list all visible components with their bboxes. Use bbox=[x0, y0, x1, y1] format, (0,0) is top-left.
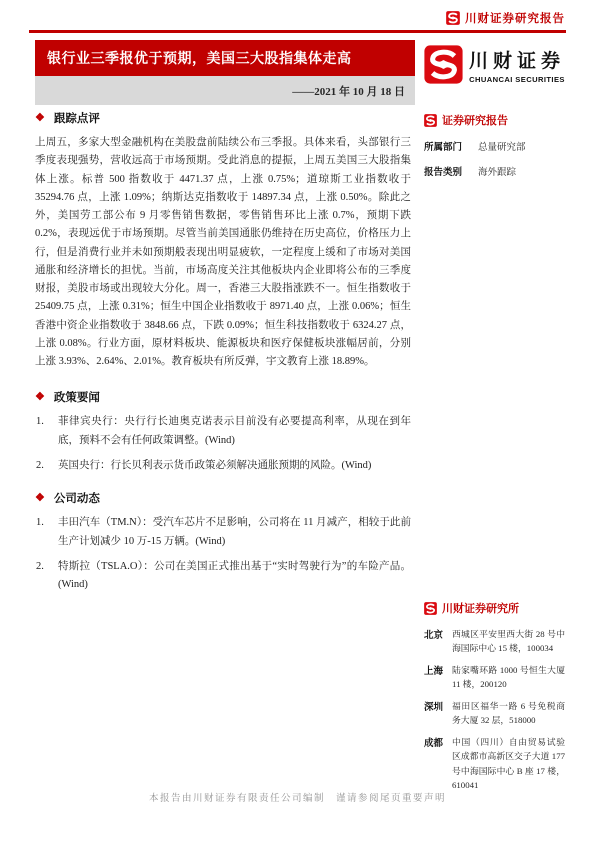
header-divider bbox=[29, 30, 566, 33]
list-item-text: 特斯拉（TSLA.O）：公司在美国正式推出基于“实时驾驶行为”的车险产品。(Wi… bbox=[58, 561, 411, 590]
chuancai-logo-icon bbox=[424, 602, 437, 615]
office-city: 深圳 bbox=[424, 699, 452, 727]
sidebar-institute: 川财证券研究所 北京 西城区平安里西大街 28 号中海国际中心 15 楼，100… bbox=[424, 600, 565, 800]
meta-field-department: 所属部门 总量研究部 bbox=[424, 139, 565, 153]
list-item-number: 1. bbox=[36, 514, 44, 532]
list-item: 1. 菲律宾央行：央行行长迪奥克诺表示目前没有必要提高利率，从现在到年底，预料不… bbox=[35, 413, 411, 450]
list-item-number: 2. bbox=[36, 457, 44, 475]
report-page: 川财证券研究报告 银行业三季报优于预期，美国三大股指集体走高 ——2021 年 … bbox=[0, 0, 595, 842]
section-header-policy: ❖ 政策要闻 bbox=[35, 389, 411, 405]
office-address: 陆家嘴环路 1000 号恒生大厦 11 楼，200120 bbox=[452, 663, 565, 691]
date-bar: ——2021 年 10 月 18 日 bbox=[35, 76, 415, 105]
logo-text: 川财证券 CHUANCAI SECURITIES bbox=[469, 41, 565, 84]
chuancai-logo-icon bbox=[424, 41, 463, 88]
section-header-tracking: ❖ 跟踪点评 bbox=[35, 110, 411, 126]
meta-field-category: 报告类别 海外跟踪 bbox=[424, 164, 565, 178]
diamond-bullet-icon: ❖ bbox=[35, 493, 45, 504]
office-address: 中国（四川）自由贸易试验区成都市高新区交子大道 177 号中海国际中心 B 座 … bbox=[452, 735, 565, 791]
section-title: 跟踪点评 bbox=[54, 110, 100, 126]
list-item-number: 2. bbox=[36, 558, 44, 576]
list-item: 2. 英国央行：行长贝利表示货币政策必须解决通胀预期的风险。(Wind) bbox=[35, 457, 411, 475]
sidebar-header-institute: 川财证券研究所 bbox=[424, 600, 565, 616]
office-address: 西城区平安里西大街 28 号中海国际中心 15 楼，100034 bbox=[452, 627, 565, 655]
company-logo: 川财证券 CHUANCAI SECURITIES bbox=[424, 41, 565, 88]
logo-name-cn: 川财证券 bbox=[469, 46, 565, 73]
office-city: 上海 bbox=[424, 663, 452, 691]
list-item-number: 1. bbox=[36, 413, 44, 431]
sidebar-header-label: 证券研究报告 bbox=[442, 112, 508, 128]
office-shanghai: 上海 陆家嘴环路 1000 号恒生大厦 11 楼，200120 bbox=[424, 663, 565, 691]
field-label: 报告类别 bbox=[424, 164, 478, 178]
list-item: 2. 特斯拉（TSLA.O）：公司在美国正式推出基于“实时驾驶行为”的车险产品。… bbox=[35, 558, 411, 595]
office-city: 北京 bbox=[424, 627, 452, 655]
list-item-text: 英国央行：行长贝利表示货币政策必须解决通胀预期的风险。(Wind) bbox=[58, 460, 371, 471]
diamond-bullet-icon: ❖ bbox=[35, 113, 45, 124]
report-date: ——2021 年 10 月 18 日 bbox=[292, 83, 405, 99]
sidebar-report-meta: 证券研究报告 所属部门 总量研究部 报告类别 海外跟踪 bbox=[424, 112, 565, 189]
office-chengdu: 成都 中国（四川）自由贸易试验区成都市高新区交子大道 177 号中海国际中心 B… bbox=[424, 735, 565, 791]
top-band: 川财证券研究报告 bbox=[446, 10, 565, 26]
logo-name-en: CHUANCAI SECURITIES bbox=[469, 75, 565, 84]
office-beijing: 北京 西城区平安里西大街 28 号中海国际中心 15 楼，100034 bbox=[424, 627, 565, 655]
section-header-company: ❖ 公司动态 bbox=[35, 490, 411, 506]
top-band-label: 川财证券研究报告 bbox=[465, 10, 565, 26]
diamond-bullet-icon: ❖ bbox=[35, 392, 45, 403]
field-value: 总量研究部 bbox=[478, 139, 526, 153]
office-address: 福田区福华一路 6 号免税商务大厦 32 层，518000 bbox=[452, 699, 565, 727]
company-news-list: 1. 丰田汽车（TM.N）：受汽车芯片不足影响，公司将在 11 月减产，相较于此… bbox=[35, 514, 411, 594]
section-title: 公司动态 bbox=[54, 490, 100, 506]
office-city: 成都 bbox=[424, 735, 452, 791]
section-title: 政策要闻 bbox=[54, 389, 100, 405]
policy-news-list: 1. 菲律宾央行：央行行长迪奥克诺表示目前没有必要提高利率，从现在到年底，预料不… bbox=[35, 413, 411, 475]
page-footer: 本报告由川财证券有限责任公司编制 谨请参阅尾页重要声明 bbox=[0, 788, 595, 806]
page-title: 银行业三季报优于预期，美国三大股指集体走高 bbox=[47, 48, 352, 68]
list-item-text: 菲律宾央行：央行行长迪奥克诺表示目前没有必要提高利率，从现在到年底，预料不会有任… bbox=[58, 416, 411, 445]
field-label: 所属部门 bbox=[424, 139, 478, 153]
field-value: 海外跟踪 bbox=[478, 164, 516, 178]
disclaimer-text: 本报告由川财证券有限责任公司编制 谨请参阅尾页重要声明 bbox=[149, 794, 446, 804]
chuancai-logo-icon bbox=[424, 114, 437, 127]
sidebar-header-research-report: 证券研究报告 bbox=[424, 112, 565, 128]
title-block: 银行业三季报优于预期，美国三大股指集体走高 ——2021 年 10 月 18 日 bbox=[35, 40, 415, 105]
chuancai-logo-icon bbox=[446, 11, 460, 25]
title-bar: 银行业三季报优于预期，美国三大股指集体走高 bbox=[35, 40, 415, 76]
list-item: 1. 丰田汽车（TM.N）：受汽车芯片不足影响，公司将在 11 月减产，相较于此… bbox=[35, 514, 411, 551]
sidebar-header-label: 川财证券研究所 bbox=[442, 600, 519, 616]
main-column: ❖ 跟踪点评 上周五，多家大型金融机构在美股盘前陆续公布三季报。具体来看，头部银… bbox=[35, 110, 411, 601]
office-shenzhen: 深圳 福田区福华一路 6 号免税商务大厦 32 层，518000 bbox=[424, 699, 565, 727]
list-item-text: 丰田汽车（TM.N）：受汽车芯片不足影响，公司将在 11 月减产，相较于此前生产… bbox=[58, 517, 411, 546]
tracking-commentary-paragraph: 上周五，多家大型金融机构在美股盘前陆续公布三季报。具体来看，头部银行三季度表现强… bbox=[35, 134, 411, 371]
